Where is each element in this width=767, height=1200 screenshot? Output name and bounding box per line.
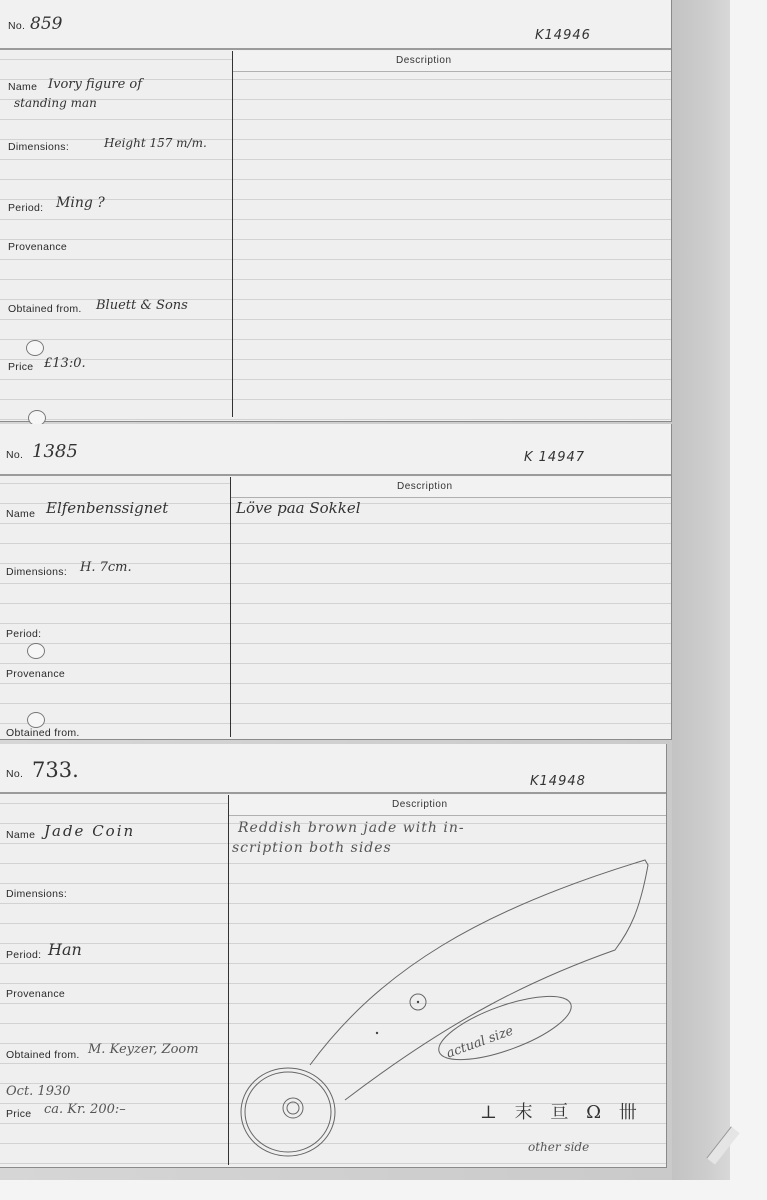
provenance-label: Provenance [8,241,67,253]
dimensions-label: Dimensions: [6,566,67,578]
number-label: No. [6,768,23,780]
catalogue-id: K14948 [530,774,586,789]
obtained-from-value: Bluett & Sons [96,298,188,313]
punch-hole [27,643,45,659]
name-value: Ivory figure of [48,77,142,92]
punch-hole [27,712,45,728]
price-label: Price [6,1108,31,1120]
price-value: ca. Kr. 200:– [44,1102,126,1117]
obtained-from-label: Obtained from. [6,727,80,739]
obtained-from-label: Obtained from. [6,1049,80,1061]
backing-edge [672,0,730,1180]
description-value: Löve paa Sokkel [236,499,361,517]
header-rule [0,48,671,50]
price-label: Price [8,361,33,373]
description-label: Description [392,799,448,810]
card-number: 859 [30,14,62,34]
period-value: Ming ? [56,195,105,211]
dimensions-value: H. 7cm. [80,560,132,575]
obtained-from-value: M. Keyzer, Zoom [88,1042,199,1057]
name-value: Jade Coin [44,822,135,840]
index-card-2: No. 1385 K 14947 Description Name Elfenb… [0,424,672,740]
name-label: Name [6,508,35,520]
period-value: Han [48,940,82,959]
card-header [0,424,671,474]
dimensions-label: Dimensions: [6,888,67,900]
header-rule [0,474,671,476]
header-rule [0,792,666,794]
period-label: Period: [8,202,43,214]
card-number: 733. [32,758,79,782]
column-divider [228,795,229,1165]
column-divider [232,51,233,417]
catalogue-id: K 14947 [524,450,585,465]
description-label: Description [396,55,452,66]
price-value: £13:0. [44,356,86,371]
inscription-glyphs: ⊥ 末 亘 Ω 卌 [480,1098,643,1124]
description-label: Description [397,481,453,492]
number-label: No. [6,449,23,461]
name-value: Elfenbenssignet [46,499,168,517]
obtained-from-label: Obtained from. [8,303,82,315]
date-note: Oct. 1930 [6,1084,71,1099]
punch-hole [26,340,44,356]
dimensions-label: Dimensions: [8,141,69,153]
column-divider [230,477,231,737]
card-number: 1385 [32,441,78,462]
period-label: Period: [6,949,41,961]
name-label: Name [8,81,37,93]
period-label: Period: [6,628,41,640]
name-label: Name [6,829,35,841]
provenance-label: Provenance [6,668,65,680]
coin-sketch [230,820,670,1180]
index-card-1: No. 859 K14946 Description Name Ivory fi… [0,0,672,422]
other-side-note: other side [528,1140,589,1154]
number-label: No. [8,20,25,32]
catalogue-id: K14946 [535,28,591,43]
name-value-line2: standing man [14,96,97,110]
provenance-label: Provenance [6,988,65,1000]
dimensions-value: Height 157 m/m. [104,136,207,150]
